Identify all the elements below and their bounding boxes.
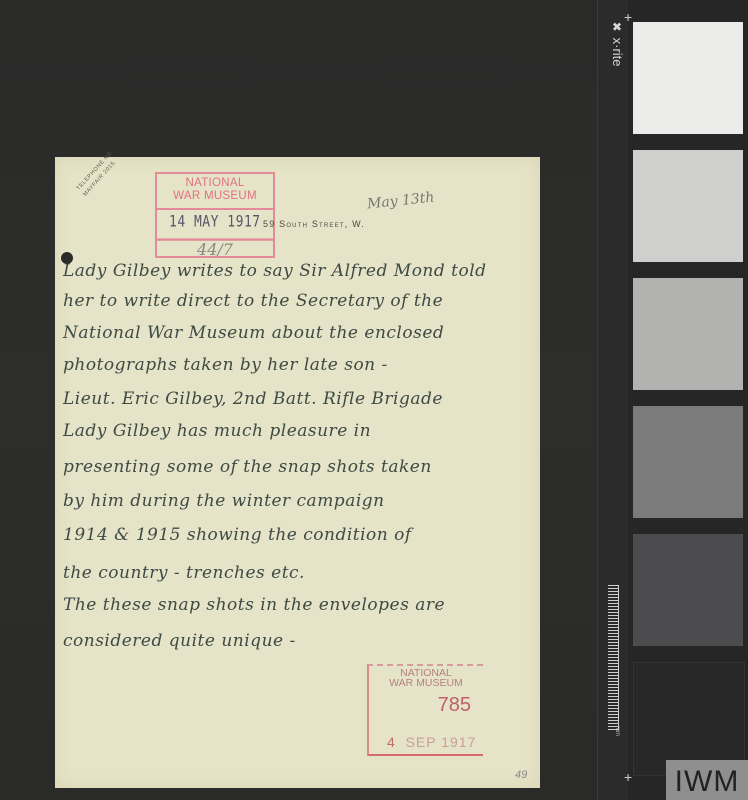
handwritten-date: May 13th: [366, 190, 435, 213]
body-line-6: Lady Gilbey has much pleasure in: [63, 421, 533, 441]
body-line-10: the country - trenches etc.: [63, 563, 533, 583]
accession-date-rest: SEP 1917: [406, 734, 477, 750]
body-line-4: photographs taken by her late son -: [63, 355, 533, 375]
stamp-org-line2: WAR MUSEUM: [157, 190, 273, 203]
iwm-watermark: IWM: [666, 760, 748, 800]
registration-plus-icon: +: [624, 10, 632, 24]
color-target-strip: ✖ x·rite + + mm: [597, 0, 748, 800]
accession-stamp-header: NATIONAL WAR MUSEUM: [369, 666, 483, 688]
accession-date: 4 SEP 1917: [387, 734, 476, 750]
accession-date-day: 4: [387, 734, 396, 750]
body-line-2: her to write direct to the Secretary of …: [63, 291, 533, 311]
body-line-7: presenting some of the snap shots taken: [63, 457, 533, 477]
received-stamp-ref: 44/7: [157, 238, 273, 262]
gray-swatch-2: [633, 150, 743, 262]
stamp-org-line1: NATIONAL: [157, 177, 273, 190]
letterhead-address: 59 South Street, W.: [263, 219, 365, 229]
body-line-12: considered quite unique -: [63, 631, 533, 651]
body-line-8: by him during the winter campaign: [63, 491, 533, 511]
xrite-logo: ✖ x·rite: [601, 20, 625, 70]
accession-stamp: NATIONAL WAR MUSEUM 785 4 SEP 1917: [367, 664, 483, 756]
accession-org-line2: WAR MUSEUM: [369, 678, 483, 688]
xrite-brand-text: x·rite: [610, 38, 625, 67]
body-line-3: National War Museum about the enclosed: [63, 323, 533, 343]
page-number: 49: [515, 769, 527, 781]
registration-plus-icon: +: [624, 770, 632, 784]
received-stamp: NATIONAL WAR MUSEUM 14 MAY 1917 44/7: [155, 172, 275, 258]
gray-swatch-6: [633, 662, 745, 776]
body-line-5: Lieut. Eric Gilbey, 2nd Batt. Rifle Brig…: [63, 389, 533, 409]
ruler-unit-label: mm: [614, 726, 620, 736]
gray-swatch-4: [633, 406, 743, 518]
gray-swatch-1: [633, 22, 743, 134]
received-stamp-date: 14 MAY 1917: [157, 207, 273, 241]
gray-swatch-3: [633, 278, 743, 390]
gray-swatch-5: [633, 534, 743, 646]
body-line-1: Lady Gilbey writes to say Sir Alfred Mon…: [63, 261, 533, 281]
body-line-9: 1914 & 1915 showing the condition of: [63, 525, 533, 545]
xrite-mark-icon: ✖: [610, 20, 624, 34]
received-stamp-header: NATIONAL WAR MUSEUM: [157, 174, 273, 210]
mm-ruler: [608, 585, 619, 730]
letter-sheet: TELEPHONE NO. MAYFAIR 2015. NATIONAL WAR…: [55, 157, 540, 788]
body-line-11: The these snap shots in the envelopes ar…: [63, 595, 533, 615]
accession-number: 785: [438, 694, 471, 717]
